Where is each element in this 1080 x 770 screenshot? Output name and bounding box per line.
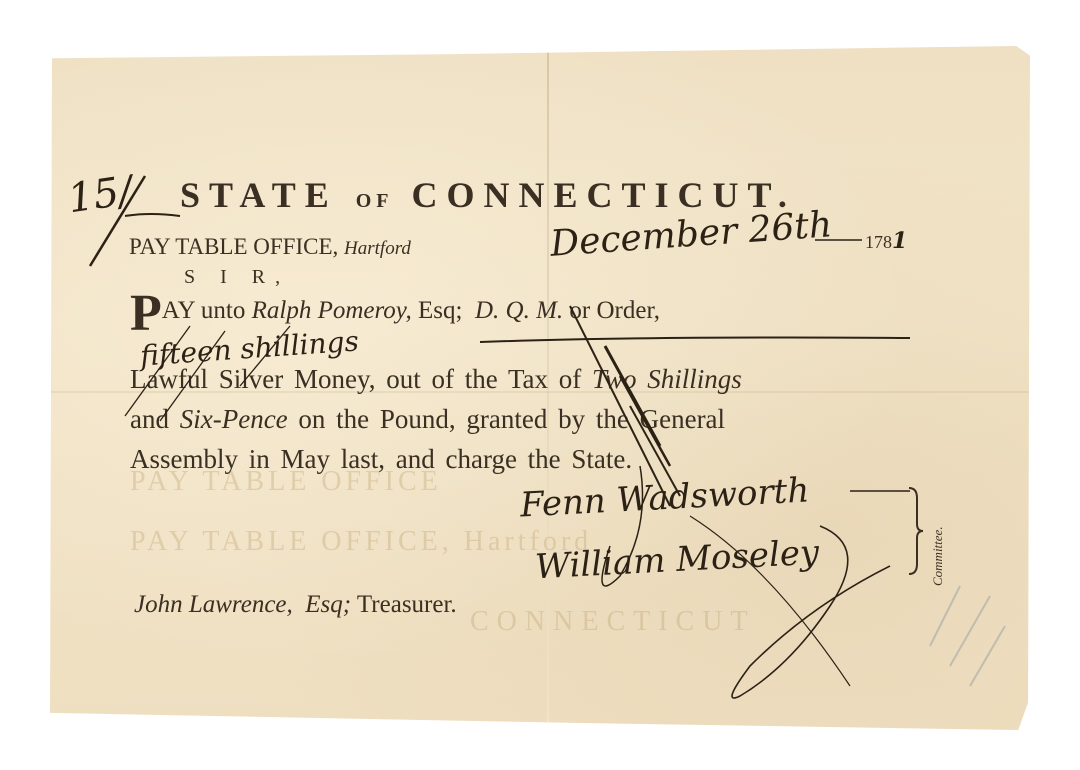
handwritten-serial-number: 15/ [65, 168, 135, 223]
body-line-1: Lawful Silver Money, out of the Tax of T… [130, 364, 742, 395]
title-connecticut: CONNECTICUT. [412, 175, 796, 215]
document-title: STATE OF CONNECTICUT. [180, 174, 796, 216]
document-paper: PAY TABLE OFFICE PAY TABLE OFFICE, Hartf… [50, 46, 1030, 730]
body-line-2: and Six-Pence on the Pound, granted by t… [130, 404, 725, 435]
salutation: S I R, [184, 266, 290, 289]
title-state: STATE [180, 175, 338, 215]
committee-bracket-icon [907, 486, 925, 576]
body-text-italic: Two Shillings [592, 364, 742, 394]
signature-wadsworth: Fenn Wadsworth [519, 470, 810, 525]
office-line: PAY TABLE OFFICE, Hartford [129, 234, 411, 260]
body-text: on the Pound, granted by the General [298, 404, 725, 434]
payee-name: Ralph Pomeroy, [252, 297, 412, 324]
payee-role: D. Q. M. [475, 297, 563, 324]
body-text: and [130, 404, 169, 434]
or-order-text: or Order, [569, 297, 660, 324]
bleed-through-text: PAY TABLE OFFICE, Hartford [130, 526, 592, 558]
title-of: OF [356, 190, 394, 212]
body-line-3: Assembly in May last, and charge the Sta… [130, 444, 632, 475]
payee-title: Esq; [418, 297, 462, 324]
year-printed: 178 [865, 232, 892, 252]
addressee-role: Treasurer. [357, 591, 457, 618]
addressee-name: John Lawrence, [134, 591, 293, 618]
committee-label: Committee. [930, 526, 946, 586]
place-name: Hartford [344, 238, 411, 259]
pay-line: PAY unto Ralph Pomeroy, Esq; D. Q. M. or… [130, 294, 660, 334]
office-label: PAY TABLE OFFICE, [129, 234, 338, 259]
pay-text: AY unto [162, 297, 246, 324]
body-text-italic: Six-Pence [180, 404, 288, 434]
year-handwritten-digit: 1 [892, 228, 907, 254]
addressee-title: Esq; [305, 591, 351, 618]
body-text: Lawful Silver Money, out of the Tax of [130, 364, 581, 394]
year: 1781 [865, 228, 907, 254]
addressee-line: John Lawrence, Esq; Treasurer. [134, 591, 457, 619]
bleed-through-text: CONNECTICUT [470, 606, 756, 638]
pay-initial-letter: P [130, 285, 162, 342]
